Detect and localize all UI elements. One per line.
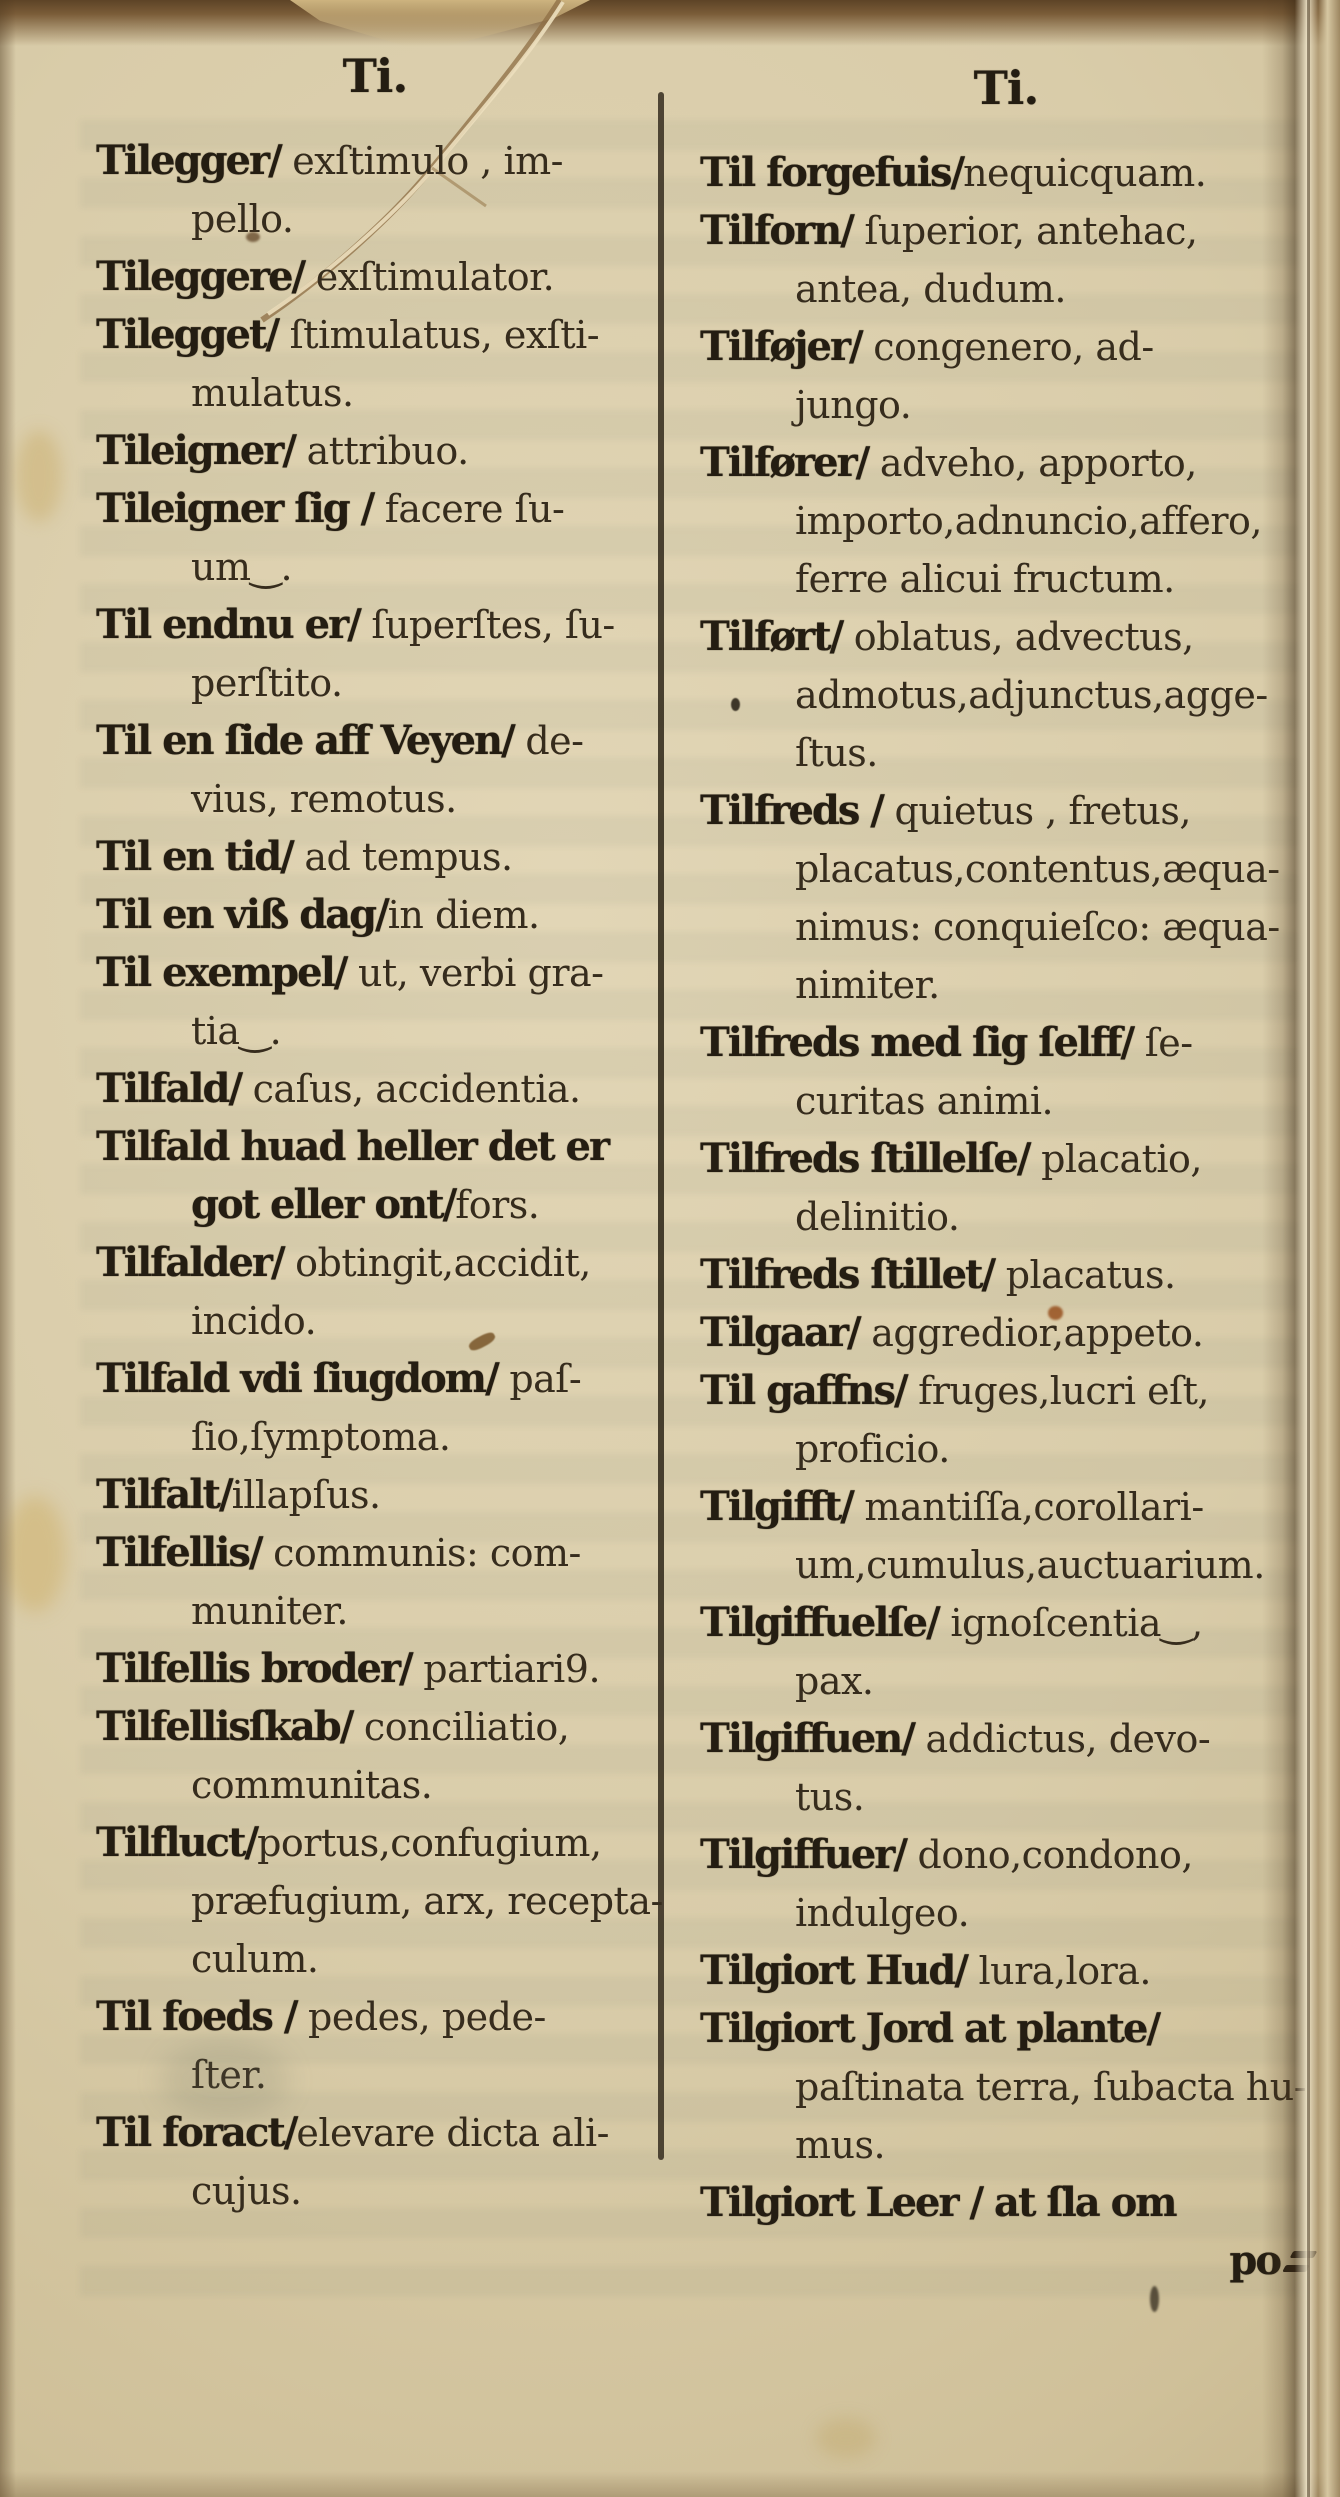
entry-line: Tilfald huad heller det er	[96, 1118, 654, 1176]
entry-line: cujus.	[96, 2162, 654, 2220]
dictionary-entry: Tilgaar/ aggredior,appeto.	[700, 1304, 1312, 1362]
headword: Tileggere/	[96, 253, 304, 300]
entry-line: Tilfellisſkab/ conciliatio,	[96, 1698, 654, 1756]
entry-line: Tilfreds ſtillet/ placatus.	[700, 1246, 1312, 1304]
dictionary-entry: Tilfald/ caſus, accidentia.	[96, 1060, 654, 1118]
headword: Til exempel/	[96, 949, 346, 996]
dictionary-entry: Tilforn/ ſuperior, antehac,antea, dudum.	[700, 202, 1312, 318]
headword: Tilgiort Hud/	[700, 1947, 967, 1994]
page-bottom-edge-shadow	[0, 2471, 1340, 2497]
entry-line: Til en tid/ ad tempus.	[96, 828, 654, 886]
latin-gloss: de-	[514, 719, 584, 763]
entry-line: Tilgiffuen/ addictus, devo-	[700, 1710, 1312, 1768]
latin-gloss: obtingit,accidit,	[284, 1241, 591, 1285]
entry-line: ferre alicui fructum.	[700, 550, 1312, 608]
headword: Til foract/	[96, 2109, 296, 2156]
headword: Tilfører/	[700, 439, 868, 486]
headword: Tilføjer/	[700, 323, 862, 370]
headword: Til foeds /	[96, 1993, 296, 2040]
entry-line: Til foract/elevare dicta ali-	[96, 2104, 654, 2162]
entry-line: Tilforn/ ſuperior, antehac,	[700, 202, 1312, 260]
latin-gloss: ſio,ſymptoma.	[191, 1415, 450, 1459]
entry-line: proficio.	[700, 1420, 1312, 1478]
entry-line: Tilegger/ exſtimulo , im-	[96, 132, 654, 190]
latin-gloss: placatio,	[1029, 1137, 1202, 1181]
entry-line: Tilfluct/portus,confugium,	[96, 1814, 654, 1872]
headword: Tilfald huad heller det er	[96, 1123, 608, 1170]
latin-gloss: præfugium, arx, recepta-	[191, 1879, 663, 1923]
paper-stain	[816, 2418, 876, 2458]
latin-gloss: muniter.	[191, 1589, 348, 1633]
entry-line: vius, remotus.	[96, 770, 654, 828]
entry-line: perſtito.	[96, 654, 654, 712]
latin-gloss: lura,lora.	[967, 1949, 1151, 1993]
latin-gloss: in diem.	[388, 893, 540, 937]
entry-line: culum.	[96, 1930, 654, 1988]
headword: Tilfalt/	[96, 1471, 232, 1518]
dictionary-entry: Tileigner/ attribuo.	[96, 422, 654, 480]
entry-line: Tilfellis/ communis: com-	[96, 1524, 654, 1582]
dictionary-entry: Til gaffns/ fruges,lucri eſt,proficio.	[700, 1362, 1312, 1478]
headword: Tilfreds /	[700, 787, 883, 834]
latin-gloss: communitas.	[191, 1763, 432, 1807]
latin-gloss: nimiter.	[795, 963, 940, 1007]
dictionary-entry: Tileigner ſig / facere ſu-um‿.	[96, 480, 654, 596]
latin-gloss: ſuperior, antehac,	[853, 209, 1198, 253]
dictionary-entry: Tilgiffuen/ addictus, devo-tus.	[700, 1710, 1312, 1826]
headword: Tilført/	[700, 613, 842, 660]
headword: Tilfellis/	[96, 1529, 262, 1576]
entry-line: Tilfreds med ſig ſelff/ ſe-	[700, 1014, 1312, 1072]
latin-gloss: mantiſſa,corollari-	[853, 1485, 1204, 1529]
entry-line: pello.	[96, 190, 654, 248]
dictionary-entry: Tilfellis/ communis: com-muniter.	[96, 1524, 654, 1640]
latin-gloss: addictus, devo-	[914, 1717, 1210, 1761]
entry-line: Tilgaar/ aggredior,appeto.	[700, 1304, 1312, 1362]
scanned-book-page: Ti. Tilegger/ exſtimulo , im-pello.Tileg…	[0, 0, 1340, 2497]
headword: Tilfellis broder/	[96, 1645, 412, 1692]
headword: Tilfalder/	[96, 1239, 284, 1286]
entry-line: nimiter.	[700, 956, 1312, 1014]
latin-gloss: ut, verbi gra-	[346, 951, 603, 995]
latin-gloss: vius, remotus.	[191, 777, 457, 821]
dictionary-entry: Tilfellis broder/ partiari9.	[96, 1640, 654, 1698]
entry-line: Tilfører/ adveho, apporto,	[700, 434, 1312, 492]
entry-line: ſter.	[96, 2046, 654, 2104]
entry-line: Tilgiffuer/ dono,condono,	[700, 1826, 1312, 1884]
entry-line: Tilgifft/ mantiſſa,corollari-	[700, 1478, 1312, 1536]
dictionary-entry: Tilfellisſkab/ conciliatio,communitas.	[96, 1698, 654, 1814]
headword: Til en tid/	[96, 833, 293, 880]
latin-gloss: pello.	[191, 197, 293, 241]
latin-gloss: ſuperſtes, ſu-	[360, 603, 615, 647]
dictionary-entry: Til en ſide aff Veyen/ de-vius, remotus.	[96, 712, 654, 828]
latin-gloss: elevare dicta ali-	[296, 2111, 609, 2155]
dictionary-entry: Tilfreds ſtillet/ placatus.	[700, 1246, 1312, 1304]
headword: Tilgiort Jord at plante/	[700, 2005, 1159, 2052]
entry-line: Til foeds / pedes, pede-	[96, 1988, 654, 2046]
entry-line: Tilfald vdi ſiugdom/ paſ-	[96, 1350, 654, 1408]
entry-line: Til exempel/ ut, verbi gra-	[96, 944, 654, 1002]
entry-line: Til forgefuis/nequicquam.	[700, 144, 1312, 202]
entry-line: delinitio.	[700, 1188, 1312, 1246]
latin-gloss: paſ-	[498, 1357, 581, 1401]
dictionary-entry: Tilgiort Leer / at ſla ompo	[700, 2174, 1312, 2290]
entry-line: Tilfald/ caſus, accidentia.	[96, 1060, 654, 1118]
latin-gloss: delinitio.	[795, 1195, 959, 1239]
dictionary-entry: Tilfald huad heller det ergot eller ont/…	[96, 1118, 654, 1234]
entry-line: antea, dudum.	[700, 260, 1312, 318]
latin-gloss: pax.	[795, 1659, 874, 1703]
dictionary-entry: Tilgiffuer/ dono,condono,indulgeo.	[700, 1826, 1312, 1942]
latin-gloss: exſtimulo , im-	[281, 139, 563, 183]
dictionary-entry: Tilegget/ ſtimulatus, exſti-mulatus.	[96, 306, 654, 422]
entry-line: Tilegget/ ſtimulatus, exſti-	[96, 306, 654, 364]
entry-line: ſtus.	[700, 724, 1312, 782]
entry-line: jungo.	[700, 376, 1312, 434]
headword: Tileigner ſig /	[96, 485, 373, 532]
latin-gloss: ad tempus.	[293, 835, 513, 879]
entry-line: Tileigner ſig / facere ſu-	[96, 480, 654, 538]
dictionary-entry: Tilfreds / quietus , fretus,placatus,con…	[700, 782, 1312, 1014]
latin-gloss: cujus.	[191, 2169, 302, 2213]
entry-line: um‿.	[96, 538, 654, 596]
latin-gloss: conciliatio,	[352, 1705, 569, 1749]
entry-line: Tilfalder/ obtingit,accidit,	[96, 1234, 654, 1292]
latin-gloss: portus,confugium,	[257, 1821, 601, 1865]
entry-line: Tileigner/ attribuo.	[96, 422, 654, 480]
dictionary-entry: Tilfalder/ obtingit,accidit,incido.	[96, 1234, 654, 1350]
latin-gloss: placatus,contentus,æqua-	[795, 847, 1280, 891]
entry-line: nimus: conquieſco: æqua-	[700, 898, 1312, 956]
paper-stain	[16, 430, 62, 522]
latin-gloss: proficio.	[795, 1427, 950, 1471]
entry-line: ſio,ſymptoma.	[96, 1408, 654, 1466]
dictionary-entry: Tilfreds med ſig ſelff/ ſe-curitas animi…	[700, 1014, 1312, 1130]
entry-line: mulatus.	[96, 364, 654, 422]
entry-line: um,cumulus,auctuarium.	[700, 1536, 1312, 1594]
left-column: Ti. Tilegger/ exſtimulo , im-pello.Tileg…	[96, 40, 654, 2220]
latin-gloss: tia‿.	[191, 1009, 281, 1053]
latin-gloss: communis: com-	[262, 1531, 581, 1575]
latin-gloss: indulgeo.	[795, 1891, 969, 1935]
entry-line: Til endnu er/ ſuperſtes, ſu-	[96, 596, 654, 654]
entry-line: Til gaffns/ fruges,lucri eſt,	[700, 1362, 1312, 1420]
dictionary-entry: Til exempel/ ut, verbi gra-tia‿.	[96, 944, 654, 1060]
entry-line: muniter.	[96, 1582, 654, 1640]
latin-gloss: ignoſcentia‿,	[939, 1601, 1203, 1645]
latin-gloss: jungo.	[795, 383, 911, 427]
page-left-edge-shadow	[0, 0, 16, 2497]
dictionary-entry: Tilført/ oblatus, advectus,admotus,adjun…	[700, 608, 1312, 782]
latin-gloss: dono,condono,	[906, 1833, 1193, 1877]
latin-gloss: illapſus.	[232, 1473, 381, 1517]
latin-gloss: exſtimulator.	[304, 255, 554, 299]
latin-gloss: mulatus.	[191, 371, 354, 415]
dictionary-entry: Tilgiort Jord at plante/paſtinata terra,…	[700, 2000, 1312, 2174]
dictionary-entry: Tilgiffuelſe/ ignoſcentia‿,pax.	[700, 1594, 1312, 1710]
dictionary-entry: Tilgifft/ mantiſſa,corollari-um,cumulus,…	[700, 1478, 1312, 1594]
headword: Til forgefuis/	[700, 149, 963, 196]
entry-line: pax.	[700, 1652, 1312, 1710]
latin-gloss: quietus , fretus,	[883, 789, 1191, 833]
entry-line: mus.	[700, 2116, 1312, 2174]
latin-gloss: pedes, pede-	[296, 1995, 545, 2039]
entry-line: Tilgiort Leer / at ſla om	[700, 2174, 1312, 2232]
latin-gloss: congenero, ad-	[862, 325, 1154, 369]
dictionary-entry: Tilfører/ adveho, apporto,importo,adnunc…	[700, 434, 1312, 608]
entry-line: Tileggere/ exſtimulator.	[96, 248, 654, 306]
dictionary-entry: Til en tid/ ad tempus.	[96, 828, 654, 886]
dictionary-entry: Til foeds / pedes, pede-ſter.	[96, 1988, 654, 2104]
latin-gloss: curitas animi.	[795, 1079, 1053, 1123]
right-column-entries: Til forgefuis/nequicquam.Tilforn/ ſuperi…	[700, 144, 1312, 2290]
running-head-left: Ti.	[96, 40, 654, 112]
latin-gloss: perſtito.	[191, 661, 343, 705]
entry-line: Tilfreds / quietus , fretus,	[700, 782, 1312, 840]
headword: Tilfald vdi ſiugdom/	[96, 1355, 498, 1402]
latin-gloss: attribuo.	[295, 429, 469, 473]
headword: got eller ont/	[191, 1181, 455, 1228]
entry-line: tia‿.	[96, 1002, 654, 1060]
latin-gloss: fors.	[455, 1183, 539, 1227]
entry-line: got eller ont/fors.	[96, 1176, 654, 1234]
latin-gloss: ſter.	[191, 2053, 266, 2097]
entry-line: Tilfellis broder/ partiari9.	[96, 1640, 654, 1698]
latin-gloss: paſtinata terra, ſubacta hu-	[795, 2065, 1306, 2109]
dictionary-entry: Tilegger/ exſtimulo , im-pello.	[96, 132, 654, 248]
gutter-crease-line	[1307, 0, 1310, 2497]
headword: Tilgiffuen/	[700, 1715, 914, 1762]
left-column-entries: Tilegger/ exſtimulo , im-pello.Tileggere…	[96, 132, 654, 2220]
headword: Tilgiffuer/	[700, 1831, 906, 1878]
entry-line: Tilfalt/illapſus.	[96, 1466, 654, 1524]
headword: Tilegget/	[96, 311, 278, 358]
entry-line: admotus,adjunctus,agge-	[700, 666, 1312, 724]
entry-line: Tilføjer/ congenero, ad-	[700, 318, 1312, 376]
entry-line: Tilgiort Hud/ lura,lora.	[700, 1942, 1312, 2000]
latin-gloss: adveho, apporto,	[868, 441, 1197, 485]
latin-gloss: ſtimulatus, exſti-	[278, 313, 599, 357]
latin-gloss: antea, dudum.	[795, 267, 1066, 311]
dictionary-entry: Tileggere/ exſtimulator.	[96, 248, 654, 306]
latin-gloss: um,cumulus,auctuarium.	[795, 1543, 1265, 1587]
headword: Tilgifft/	[700, 1483, 853, 1530]
latin-gloss: oblatus, advectus,	[842, 615, 1194, 659]
running-head-right: Ti.	[700, 52, 1312, 124]
latin-gloss: placatus.	[994, 1253, 1175, 1297]
entry-line: communitas.	[96, 1756, 654, 1814]
entry-line: Tilgiort Jord at plante/	[700, 2000, 1312, 2058]
latin-gloss: caſus, accidentia.	[241, 1067, 581, 1111]
latin-gloss: nequicquam.	[963, 151, 1206, 195]
dictionary-entry: Til en viß dag/in diem.	[96, 886, 654, 944]
dictionary-entry: Tilføjer/ congenero, ad-jungo.	[700, 318, 1312, 434]
latin-gloss: nimus: conquieſco: æqua-	[795, 905, 1280, 949]
headword: Tilegger/	[96, 137, 281, 184]
headword: Tilfreds ſtillelſe/	[700, 1135, 1029, 1182]
headword: Tilforn/	[700, 207, 853, 254]
headword: Tilgiffuelſe/	[700, 1599, 939, 1646]
latin-gloss: mus.	[795, 2123, 885, 2167]
headword: Tilfald/	[96, 1065, 241, 1112]
dictionary-entry: Til forgefuis/nequicquam.	[700, 144, 1312, 202]
dictionary-entry: Tilfluct/portus,confugium,præfugium, arx…	[96, 1814, 654, 1988]
entry-line: paſtinata terra, ſubacta hu-	[700, 2058, 1312, 2116]
latin-gloss: facere ſu-	[373, 487, 564, 531]
right-column: Ti. Til forgefuis/nequicquam.Tilforn/ ſu…	[700, 52, 1312, 2290]
latin-gloss: incido.	[191, 1299, 316, 1343]
entry-line: Til en ſide aff Veyen/ de-	[96, 712, 654, 770]
headword: Tilfellisſkab/	[96, 1703, 352, 1750]
latin-gloss: aggredior,appeto.	[860, 1311, 1204, 1355]
dictionary-entry: Tilgiort Hud/ lura,lora.	[700, 1942, 1312, 2000]
dictionary-entry: Tilfalt/illapſus.	[96, 1466, 654, 1524]
latin-gloss: importo,adnuncio,affero,	[795, 499, 1262, 543]
dictionary-entry: Tilfald vdi ſiugdom/ paſ-ſio,ſymptoma.	[96, 1350, 654, 1466]
dictionary-entry: Til foract/elevare dicta ali-cujus.	[96, 2104, 654, 2220]
entry-line: placatus,contentus,æqua-	[700, 840, 1312, 898]
headword: Tileigner/	[96, 427, 295, 474]
entry-line: importo,adnuncio,affero,	[700, 492, 1312, 550]
dictionary-entry: Tilfreds ſtillelſe/ placatio,delinitio.	[700, 1130, 1312, 1246]
entry-line: Tilført/ oblatus, advectus,	[700, 608, 1312, 666]
gutter-crease	[1262, 0, 1340, 2497]
headword: Til gaffns/	[700, 1367, 907, 1414]
entry-line: præfugium, arx, recepta-	[96, 1872, 654, 1930]
headword: Tilfreds med ſig ſelff/	[700, 1019, 1133, 1066]
headword: Tilgaar/	[700, 1309, 860, 1356]
latin-gloss: culum.	[191, 1937, 319, 1981]
latin-gloss: ferre alicui fructum.	[795, 557, 1175, 601]
entry-line: curitas animi.	[700, 1072, 1312, 1130]
headword: Tilfluct/	[96, 1819, 257, 1866]
entry-line: Tilgiffuelſe/ ignoſcentia‿,	[700, 1594, 1312, 1652]
entry-line: incido.	[96, 1292, 654, 1350]
entry-line: po	[700, 2232, 1312, 2290]
headword: Til en viß dag/	[96, 891, 388, 938]
entry-line: tus.	[700, 1768, 1312, 1826]
latin-gloss: partiari9.	[412, 1647, 600, 1691]
entry-line: Tilfreds ſtillelſe/ placatio,	[700, 1130, 1312, 1188]
headword: Til en ſide aff Veyen/	[96, 717, 514, 764]
headword: Tilfreds ſtillet/	[700, 1251, 994, 1298]
latin-gloss: ſtus.	[795, 731, 878, 775]
headword: Til endnu er/	[96, 601, 360, 648]
latin-gloss: tus.	[795, 1775, 864, 1819]
latin-gloss: um‿.	[191, 545, 292, 589]
latin-gloss: fruges,lucri eſt,	[907, 1369, 1209, 1413]
dictionary-entry: Til endnu er/ ſuperſtes, ſu-perſtito.	[96, 596, 654, 712]
entry-line: Til en viß dag/in diem.	[96, 886, 654, 944]
column-divider-rule	[658, 92, 664, 2160]
entry-line: indulgeo.	[700, 1884, 1312, 1942]
headword: Tilgiort Leer / at ſla om	[700, 2179, 1176, 2226]
latin-gloss: ſe-	[1133, 1021, 1192, 1065]
latin-gloss: admotus,adjunctus,agge-	[795, 673, 1268, 717]
